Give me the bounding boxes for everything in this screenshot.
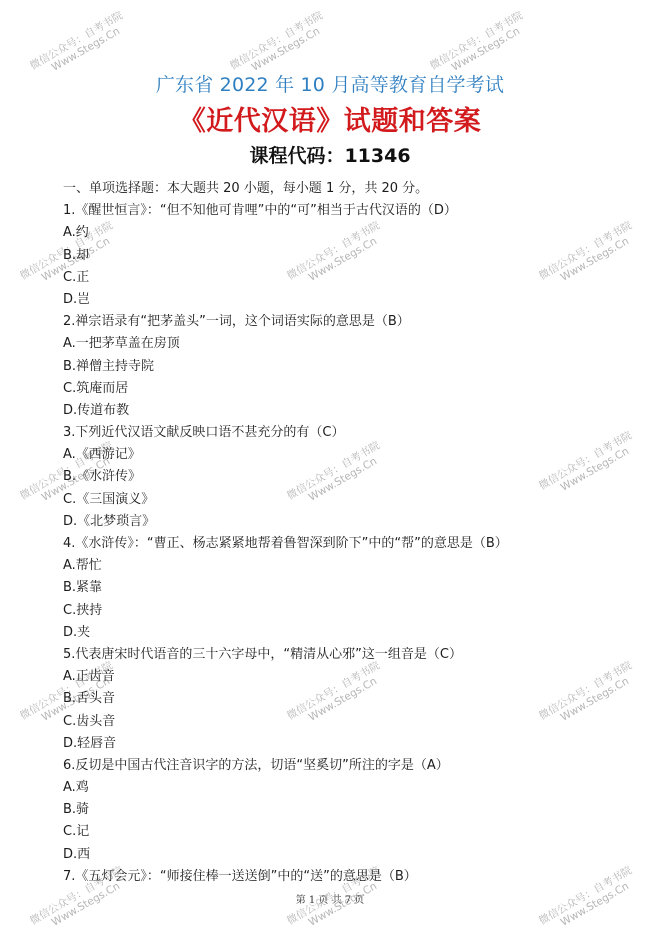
answer-option: D.《北梦琐言》 — [63, 511, 623, 533]
section-heading: 一、单项选择题：本大题共 20 小题，每小题 1 分，共 20 分。 — [63, 178, 623, 200]
answer-option: B.骑 — [63, 799, 623, 821]
question-stem: 4.《水浒传》：“曹正、杨志紧紧地帮着鲁智深到阶下”中的“帮”的意思是（B） — [63, 533, 623, 555]
answer-option: B.却 — [63, 245, 623, 267]
document-title: 《近代汉语》试题和答案 — [0, 99, 660, 138]
answer-option: A.《西游记》 — [63, 444, 623, 466]
answer-option: B.禅僧主持寺院 — [63, 356, 623, 378]
answer-option: A.帮忙 — [63, 555, 623, 577]
answer-option: A.一把茅草盖在房顶 — [63, 333, 623, 355]
answer-option: C.筑庵而居 — [63, 378, 623, 400]
question-stem: 2.禅宗语录有“把茅盖头”一词，这个词语实际的意思是（B） — [63, 311, 623, 333]
answer-option: C.齿头音 — [63, 711, 623, 733]
answer-option: B.紧靠 — [63, 577, 623, 599]
answer-option: A.鸡 — [63, 777, 623, 799]
question-stem: 1.《醒世恒言》：“但不知他可肯哩”中的“可”相当于古代汉语的（D） — [63, 200, 623, 222]
exam-subtitle: 广东省 2022 年 10 月高等教育自学考试 — [0, 70, 660, 97]
answer-option: B.《水浒传》 — [63, 466, 623, 488]
answer-option: A.正齿音 — [63, 666, 623, 688]
document-page: 微信公众号：自考书院 Www.Stegs.Cn 微信公众号：自考书院 Www.S… — [0, 0, 660, 934]
answer-option: D.岂 — [63, 289, 623, 311]
question-stem: 7.《五灯会元》：“师接住棒一送送倒”中的“送”的意思是（B） — [63, 866, 623, 888]
answer-option: D.传道布教 — [63, 400, 623, 422]
question-stem: 3.下列近代汉语文献反映口语不甚充分的有（C） — [63, 422, 623, 444]
answer-option: D.西 — [63, 844, 623, 866]
question-list: 一、单项选择题：本大题共 20 小题，每小题 1 分，共 20 分。 1.《醒世… — [63, 178, 623, 888]
page-number: 第 1 页 共 7 页 — [0, 891, 660, 906]
answer-option: C.记 — [63, 821, 623, 843]
answer-option: D.轻唇音 — [63, 733, 623, 755]
answer-option: D.夹 — [63, 622, 623, 644]
answer-option: C.正 — [63, 267, 623, 289]
question-stem: 5.代表唐宋时代语音的三十六字母中，“精清从心邪”这一组音是（C） — [63, 644, 623, 666]
answer-option: A.约 — [63, 222, 623, 244]
course-code: 课程代码：11346 — [0, 141, 660, 168]
answer-option: B.舌头音 — [63, 688, 623, 710]
answer-option: C.挟持 — [63, 600, 623, 622]
question-stem: 6.反切是中国古代注音识字的方法，切语“坚奚切”所注的字是（A） — [63, 755, 623, 777]
answer-option: C.《三国演义》 — [63, 489, 623, 511]
